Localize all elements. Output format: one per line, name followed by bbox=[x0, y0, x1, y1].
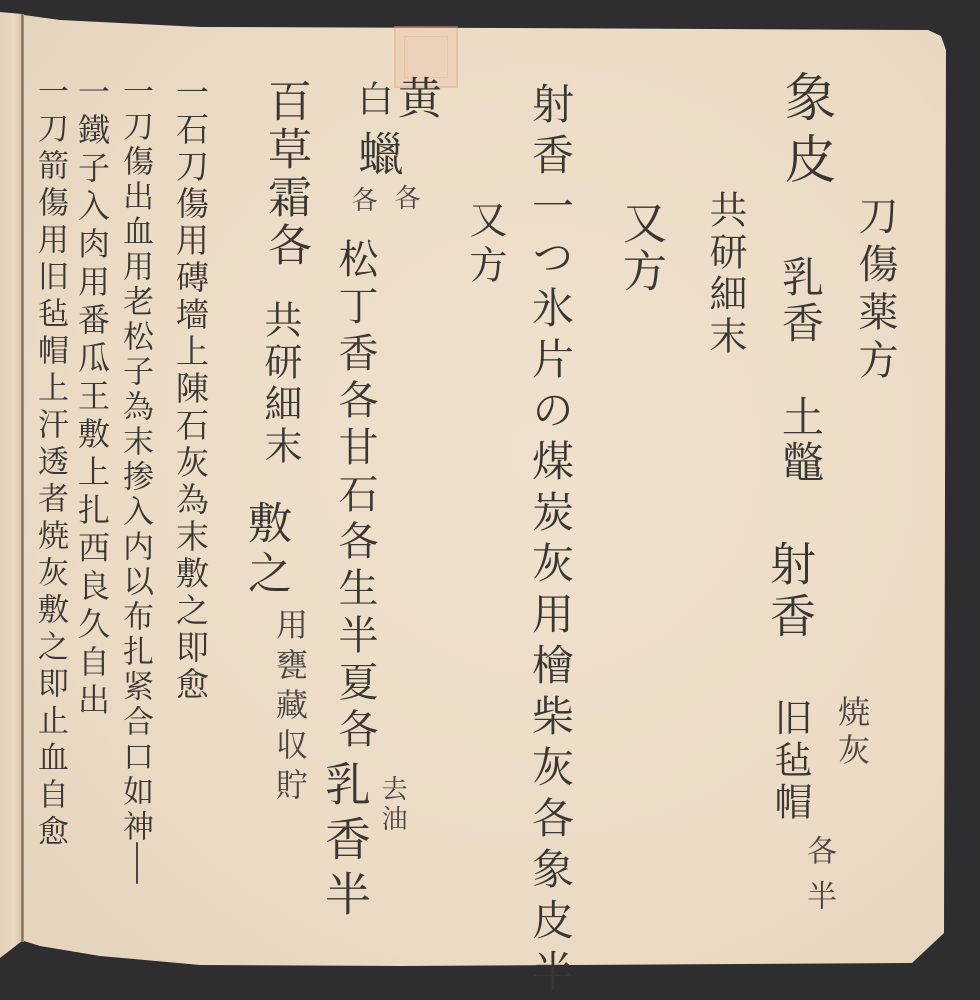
recipe-3-heading: 又方 bbox=[466, 200, 504, 290]
recipe-2-text: 射香一つ氷片の煤炭灰用檜柴灰各象皮半 bbox=[529, 82, 571, 1000]
recipe-3-ingredients-end: 乳香半 bbox=[322, 760, 368, 925]
recipe-1-ingredient-5: 旧毡帽 bbox=[771, 698, 809, 824]
recipe-3-ingredient-white: 白 bbox=[354, 80, 390, 116]
recipe-3-note: 去油 bbox=[379, 775, 405, 835]
brush-tail-stroke bbox=[136, 842, 138, 884]
remedy-item: 一石刀傷用磚墻上陳石灰為末敷之即愈 bbox=[174, 75, 207, 704]
recipe-1-ingredient-5-note: 焼灰 bbox=[836, 695, 868, 771]
remedy-item: 一鐵子入肉用番瓜王敷上扎西良久自出 bbox=[76, 75, 108, 721]
recipe-3-wax: 蠟 bbox=[355, 130, 401, 176]
recipe-3-soot: 百草霜各 bbox=[263, 78, 307, 270]
recipe-1-instruction: 共研細末 bbox=[706, 190, 744, 358]
recipe-1-ingredient-3: 土鼈 bbox=[779, 395, 821, 485]
recipe-2-heading: 又方 bbox=[618, 200, 662, 296]
remedy-item: 一刀箭傷用旧毡帽上汗透者焼灰敷之即止血自愈 bbox=[34, 75, 65, 852]
recipe-1-amount: 各半 bbox=[803, 835, 833, 925]
recipe-3-each-left: 各 bbox=[349, 186, 375, 212]
recipe-3-storage: 用甕藏収貯 bbox=[274, 608, 306, 808]
recipe-1-ingredient-1: 象皮 bbox=[779, 70, 831, 194]
recipe-1-ingredient-2: 乳香 bbox=[779, 255, 821, 347]
scanned-manuscript: 刀傷薬方 象皮 乳香 土鼈 射香 旧毡帽 焼灰 各半 共研細末 又方 射香一つ氷… bbox=[0, 0, 980, 1000]
recipe-1-ingredient-4: 射香 bbox=[767, 540, 813, 644]
recipe-3-ingredient-yellow: 黄 bbox=[393, 75, 437, 119]
recipe-3-each-right: 各 bbox=[392, 184, 418, 210]
recipe-3-instruction: 共研細末 bbox=[261, 300, 299, 468]
binding-fold bbox=[21, 14, 24, 942]
remedy-item: 一刀傷出血用老松子為末掺入内以布扎紧合口如神 bbox=[119, 75, 150, 845]
recipe-3-apply: 敷之 bbox=[243, 500, 287, 600]
recipe-3-ingredients-cont: 松丁香各甘石各生半夏各 bbox=[335, 238, 375, 755]
page-title: 刀傷薬方 bbox=[855, 195, 895, 387]
